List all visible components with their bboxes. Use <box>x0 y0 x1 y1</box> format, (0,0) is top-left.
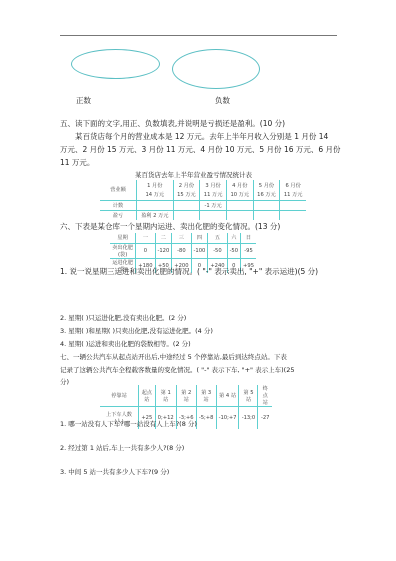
positive-number-label: 正数 <box>76 95 91 106</box>
row-header-profit: 盈亏 <box>100 210 137 220</box>
q6-question-3: 3. 星期( )和星期( )只卖出化肥,没有运进化肥。(4 分) <box>60 325 213 338</box>
q7-question-2: 2. 经过第 1 站后,车上一共有多少人?(8 分) <box>60 442 184 455</box>
negative-number-label: 负数 <box>215 95 230 106</box>
q6-question-2: 2. 星期( )只运进化肥,没有卖出化肥。(2 分) <box>60 312 186 325</box>
q5-table-caption: 某百货店去年上半年营业盈亏情况统计表 <box>135 170 252 179</box>
negative-number-ellipse <box>172 49 260 89</box>
q6-question-1: 1. 说一说星期三运进和卖出化肥的情况。( "-" 表示卖出, "+" 表示运进… <box>60 265 318 278</box>
q7-title-line-2: 记录了这辆公共汽车全程载客数量的变化情况。( "-" 表示下车, "+" 表示上… <box>60 364 294 377</box>
q5-para-line-3: 11 万元。 <box>60 156 94 169</box>
q5-title: 五、读下面的文字,用正、负数填表,并说明是亏损还是盈利。(10 分) <box>60 117 285 130</box>
positive-number-ellipse <box>71 49 160 79</box>
q6-title: 六、下表是某仓库一个星期内运进、卖出化肥的变化情况。(13 分) <box>60 220 280 233</box>
profit-loss-table: 营业额 1 月份 2 月份 3 月份 4 月份 5 月份 6 月份 14 万元 … <box>100 180 306 220</box>
q7-title-line-1: 七、一辆公共汽车从起点站开出后,中途经过 5 个停靠站,最后到达终点站。下表 <box>60 351 287 364</box>
q7-question-3: 3. 中间 5 站一共有多少人下车?(9 分) <box>60 466 169 479</box>
row-header-revenue: 营业额 <box>100 180 137 200</box>
table-row: 卖出化肥(袋) 0 -120 -80 -100 -50 -50 -95 <box>110 243 256 258</box>
q7-title-line-3: 分) <box>60 376 69 389</box>
top-divider <box>60 35 337 36</box>
q7-question-1: 1. 哪一站没有人下车?哪一站没有人上车?(8 分) <box>60 418 197 431</box>
q5-para-line-2: 万元、2 月份 15 万元、3 月份 11 万元、4 月份 10 万元、5 月份… <box>60 143 341 156</box>
q5-para-line-1: 某百货店每个月的营业成本是 12 万元。去年上半年月收入分别是 1 月份 14 <box>75 130 328 143</box>
q6-question-4: 4. 星期( )运进和卖出化肥的袋数相等。(2 分) <box>60 338 191 351</box>
row-header-count: 计数 <box>100 200 137 210</box>
